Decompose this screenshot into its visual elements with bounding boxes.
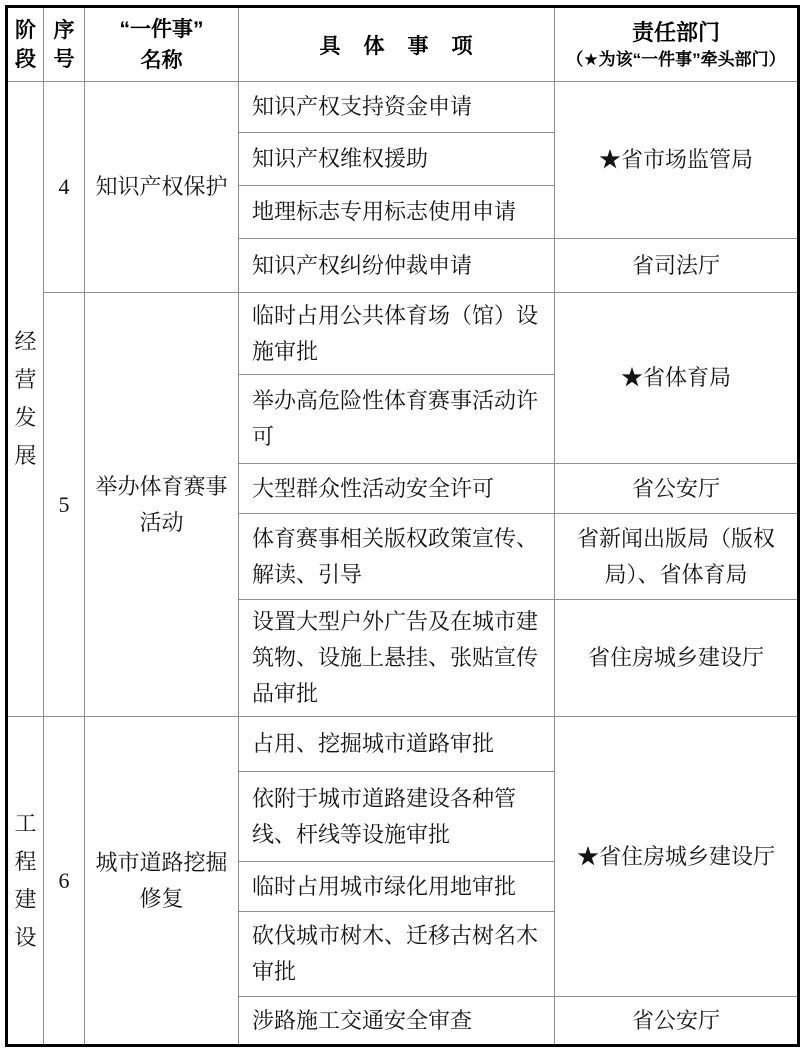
document-page: 阶段 序号 “一件事” 名称 具 体 事 项 责任部门 （★为该“一件事”牵头部… [0, 0, 800, 1050]
dept-cell: 省公安厅 [555, 464, 799, 514]
header-name: “一件事” 名称 [85, 7, 239, 82]
header-dept: 责任部门 （★为该“一件事”牵头部门） [555, 7, 799, 82]
dept-cell: 省司法厅 [555, 239, 799, 293]
header-stage: 阶段 [7, 7, 44, 82]
dept-cell: 省公安厅 [555, 997, 799, 1046]
item-cell: 体育赛事相关版权政策宣传、解读、引导 [239, 514, 555, 600]
table-row: 经营发展 4 知识产权保护 知识产权支持资金申请 ★省市场监管局 [7, 82, 799, 133]
header-dept-title: 责任部门 [555, 18, 797, 48]
group-no-cell: 4 [44, 82, 85, 293]
table-row: 5 举办体育赛事活动 临时占用公共体育场（馆）设施审批 ★省体育局 [7, 293, 799, 375]
item-cell: 临时占用城市绿化用地审批 [239, 862, 555, 912]
group-no-cell: 5 [44, 293, 85, 717]
item-cell: 知识产权维权援助 [239, 133, 555, 186]
dept-cell: ★省住房城乡建设厅 [555, 717, 799, 997]
group-name-cell: 举办体育赛事活动 [85, 293, 239, 717]
item-cell: 依附于城市道路建设各种管线、杆线等设施审批 [239, 772, 555, 862]
item-cell: 占用、挖掘城市道路审批 [239, 717, 555, 772]
table-row: 工程建设 6 城市道路挖掘修复 占用、挖掘城市道路审批 ★省住房城乡建设厅 [7, 717, 799, 772]
dept-cell: ★省市场监管局 [555, 82, 799, 239]
header-no: 序号 [44, 7, 85, 82]
group-name-cell: 知识产权保护 [85, 82, 239, 293]
item-cell: 地理标志专用标志使用申请 [239, 186, 555, 239]
group-no-cell: 6 [44, 717, 85, 1046]
item-cell: 砍伐城市树木、迁移古树名木审批 [239, 912, 555, 997]
stage-cell-business-development: 经营发展 [7, 82, 44, 717]
dept-cell: 省新闻出版局（版权局）、省体育局 [555, 514, 799, 600]
dept-cell: ★省体育局 [555, 293, 799, 464]
one-thing-responsibility-table: 阶段 序号 “一件事” 名称 具 体 事 项 责任部门 （★为该“一件事”牵头部… [5, 5, 800, 1047]
item-cell: 知识产权纠纷仲裁申请 [239, 239, 555, 293]
header-row: 阶段 序号 “一件事” 名称 具 体 事 项 责任部门 （★为该“一件事”牵头部… [7, 7, 799, 82]
item-cell: 设置大型户外广告及在城市建筑物、设施上悬挂、张贴宣传品审批 [239, 600, 555, 717]
item-cell: 举办高危险性体育赛事活动许可 [239, 375, 555, 464]
header-dept-note: （★为该“一件事”牵头部门） [555, 48, 797, 72]
header-items: 具 体 事 项 [239, 7, 555, 82]
stage-cell-engineering-construction: 工程建设 [7, 717, 44, 1046]
item-cell: 大型群众性活动安全许可 [239, 464, 555, 514]
group-name-cell: 城市道路挖掘修复 [85, 717, 239, 1046]
dept-cell: 省住房城乡建设厅 [555, 600, 799, 717]
item-cell: 涉路施工交通安全审查 [239, 997, 555, 1046]
item-cell: 临时占用公共体育场（馆）设施审批 [239, 293, 555, 375]
item-cell: 知识产权支持资金申请 [239, 82, 555, 133]
